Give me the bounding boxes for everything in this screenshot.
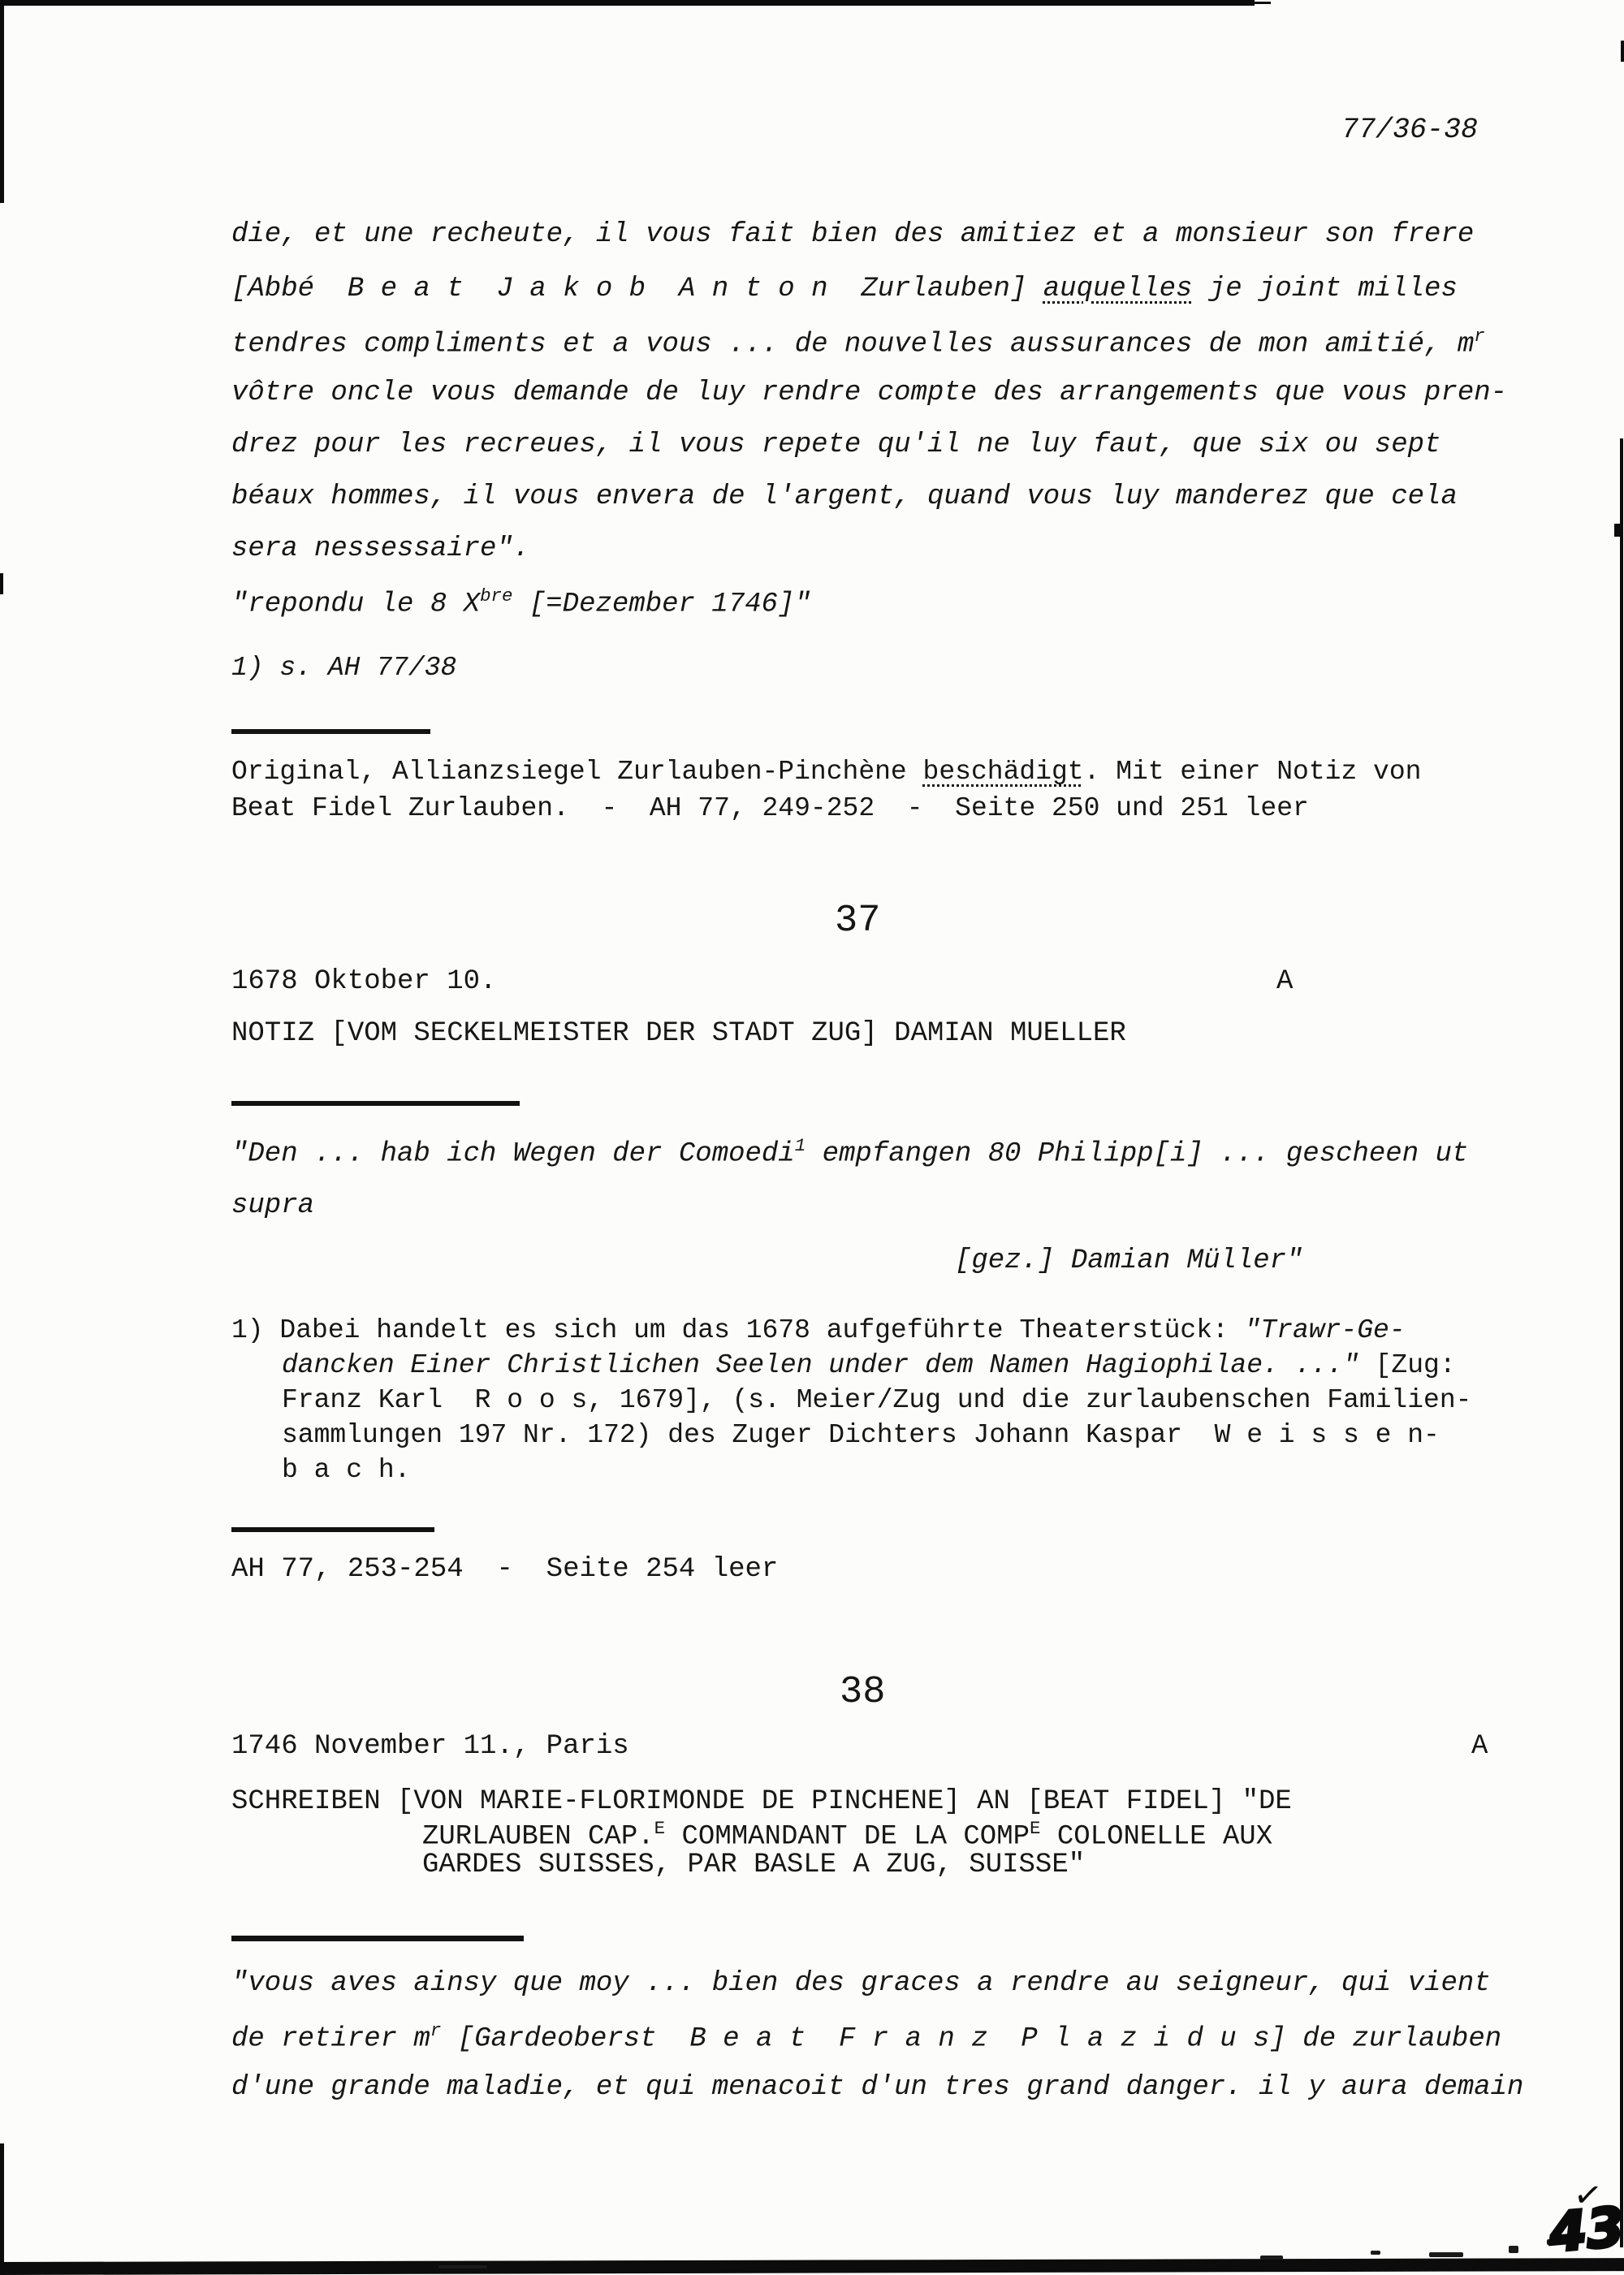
entry-number-37: 37 <box>835 901 880 941</box>
letter-quote-line: sera nessessaire". <box>231 535 529 564</box>
entry-37-footnote-line: 1) Dabei handelt es sich um das 1678 auf… <box>231 1317 1406 1345</box>
scan-edge-bottom-bar <box>0 2258 1624 2275</box>
entry-37-footnote-line: sammlungen 197 Nr. 172) des Zuger Dichte… <box>282 1422 1440 1450</box>
divider-rule <box>231 1527 434 1532</box>
archive-reference: 77/36-38 <box>1341 115 1478 145</box>
scan-edge-right-tick <box>1621 41 1624 62</box>
scan-speck <box>1509 2246 1518 2253</box>
scan-edge-left-mark <box>0 573 3 594</box>
scan-speck <box>1260 2256 1283 2260</box>
scan-edge-top <box>0 0 1255 6</box>
superscript: bre <box>480 585 512 607</box>
entry-38-quote-line: de retirer mr [Gardeoberst B e a t F r a… <box>231 2022 1501 2054</box>
superscript: r <box>430 2020 441 2041</box>
entry-37-series-marker: A <box>1276 968 1293 997</box>
entry-number-38: 38 <box>840 1673 885 1712</box>
letter-quote-line: tendres compliments et a vous ... de nou… <box>231 327 1485 360</box>
typist-deletion-word: beschädigt <box>923 757 1084 787</box>
scan-speck <box>1429 2252 1463 2257</box>
entry-38-title-line: SCHREIBEN [VON MARIE-FLORIMONDE DE PINCH… <box>231 1788 1292 1817</box>
scan-edge-right-blob <box>1614 524 1622 537</box>
scan-edge-top-fragment <box>1255 2 1271 4</box>
entry-38-title-line: ZURLAUBEN CAP.E COMMANDANT DE LA COMPE C… <box>422 1820 1272 1852</box>
divider-rule <box>231 729 430 734</box>
entry-38-date: 1746 November 11., Paris <box>231 1733 629 1762</box>
entry-37-footnote-line: b a c h. <box>282 1457 410 1485</box>
entry-37-footnote-line: Franz Karl R o o s, 1679], (s. Meier/Zug… <box>282 1387 1471 1415</box>
entry-37-archive-reference: AH 77, 253-254 - Seite 254 leer <box>231 1556 778 1585</box>
letter-quote-line: [Abbé B e a t J a k o b A n t o n Zurlau… <box>231 275 1458 304</box>
handwritten-page-number: 43 <box>1547 2199 1624 2261</box>
entry-38-title-line: GARDES SUISSES, PAR BASLE A ZUG, SUISSE" <box>422 1851 1085 1880</box>
footnote-reference: 1) s. AH 77/38 <box>231 654 456 683</box>
scan-speck <box>438 2265 487 2269</box>
scan-edge-left-bottom <box>0 2143 4 2275</box>
divider-rule <box>231 1101 520 1106</box>
provenance-line: Original, Allianzsiegel Zurlauben-Pinchè… <box>231 758 1421 787</box>
superscript: E <box>1030 1818 1040 1839</box>
provenance-line: Beat Fidel Zurlauben. - AH 77, 249-252 -… <box>231 795 1309 823</box>
scan-edge-left-top <box>0 0 4 203</box>
cited-title: dancken Einer Christlichen Seelen under … <box>282 1350 1359 1380</box>
letter-quote-line: béaux hommes, il vous envera de l'argent… <box>231 483 1458 512</box>
letter-quote-line: drez pour les recreues, il vous repete q… <box>231 431 1440 460</box>
entry-37-quote-line: supra <box>231 1192 314 1221</box>
scan-speck <box>1371 2251 1380 2255</box>
divider-rule <box>231 1936 524 1941</box>
letter-quote-line: die, et une recheute, il vous fait bien … <box>231 221 1474 250</box>
typist-deletion-word: auquelles <box>1043 274 1193 304</box>
footnote-marker: 1 <box>795 1135 806 1156</box>
scanned-document-page: 77/36-38 die, et une recheute, il vous f… <box>0 0 1624 2275</box>
letter-quote-line: vôtre oncle vous demande de luy rendre c… <box>231 379 1507 408</box>
entry-37-footnote-line: dancken Einer Christlichen Seelen under … <box>282 1352 1456 1380</box>
entry-38-series-marker: A <box>1471 1733 1488 1762</box>
superscript: r <box>1474 326 1484 347</box>
entry-37-title: NOTIZ [VOM SECKELMEISTER DER STADT ZUG] … <box>231 1020 1126 1049</box>
entry-37-quote-line: "Den ... hab ich Wegen der Comoedi1 empf… <box>231 1137 1468 1169</box>
letter-response-note: "repondu le 8 Xbre [=Dezember 1746]" <box>231 587 811 619</box>
entry-37-date: 1678 Oktober 10. <box>231 968 496 997</box>
cited-title: "Trawr-Ge- <box>1245 1315 1406 1345</box>
superscript: E <box>654 1818 665 1839</box>
entry-37-signature: [gez.] Damian Müller" <box>955 1247 1302 1276</box>
entry-38-quote-line: d'une grande maladie, et qui menacoit d'… <box>231 2074 1523 2103</box>
scan-edge-right <box>1620 438 1623 2247</box>
entry-38-quote-line: "vous aves ainsy que moy ... bien des gr… <box>231 1970 1491 1999</box>
